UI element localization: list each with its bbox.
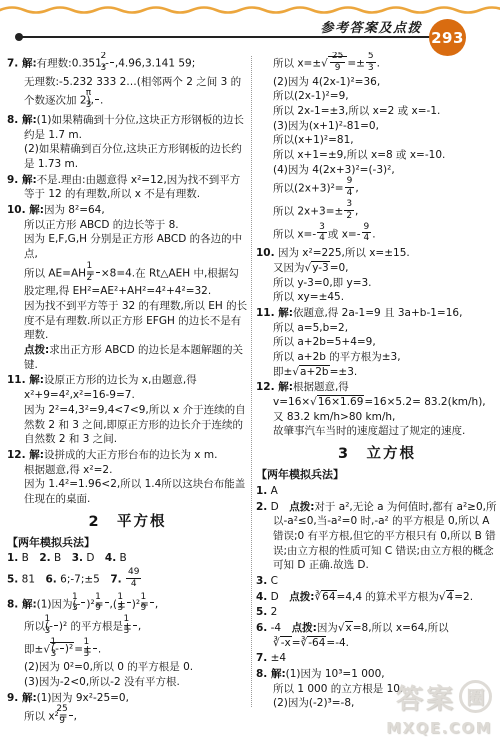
section-header: 2 平方根	[7, 512, 248, 532]
answer-item: 3. C	[256, 574, 498, 589]
answer-item: 9. 解:不是.理由:由题意得 x²=12,因为找不到平方等于 12 的有理数,…	[7, 173, 248, 202]
answer-item: 4. D 点拨:∛64=4,4 的算术平方根为√4=2.	[256, 590, 498, 605]
left-column: 7. 解:有理数:0.351,-23,4.9̇6̇,3.141 59;无理数:-…	[7, 52, 248, 741]
watermark-site-url: MXQE.COM	[386, 719, 492, 737]
column-divider	[251, 56, 252, 707]
watermark-logo: 答案 圈	[396, 677, 492, 716]
watermark-circle-icon: 圈	[459, 680, 492, 713]
answer-item: 6. -4 点拨:因为√x=8,所以 x=64,所以∛-x=∛-64=-4.	[256, 621, 498, 650]
page: 参考答案及点拨 293 7. 解:有理数:0.351,-23,4.9̇6̇,3.…	[0, 0, 500, 741]
answer-item: 11. 解:依题意,得 2a-1=9 且 3a+b-1=16,所以 a=5,b=…	[256, 306, 498, 379]
answer-item: 7. 解:有理数:0.351,-23,4.9̇6̇,3.141 59;无理数:-…	[7, 52, 248, 112]
answer-item: 10. 因为 x²=225,所以 x=±15.又因为√y-3=0,所以 y-3=…	[256, 246, 498, 305]
exercise-set-label: 【两年模拟兵法】	[7, 535, 248, 550]
page-header-title: 参考答案及点拨	[0, 17, 422, 36]
answer-item: 10. 解:因为 8²=64,所以正方形 ABCD 的边长等于 8.因为 E,F…	[7, 203, 248, 372]
wavy-line-path	[0, 8, 500, 13]
answer-row: 1. B 2. B 3. D 4. B	[7, 551, 248, 566]
answer-item: 12. 解:设拼成的大正方形台布的边长为 x m.根据题意,得 x²=2.因为 …	[7, 448, 248, 507]
answer-item: 11. 解:设原正方形的边长为 x,由题意,得x²+9=4²,x²=16-9=7…	[7, 373, 248, 446]
watermark-brand-text: 答案	[396, 677, 456, 716]
header-rule	[16, 36, 430, 38]
continued-answer: 所以 x=±√259=±53.(2)因为 4(2x-1)²=36,所以(2x-1…	[256, 52, 498, 245]
answer-item: 12. 解:根据题意,得 v=16×√16×1.69=16×5.2= 83.2(…	[256, 380, 498, 439]
answer-item: 5. 2	[256, 605, 498, 620]
page-number-badge: 293	[429, 19, 466, 56]
answer-item: 9. 解:(1)因为 9x²-25=0,所以 x²=259,	[7, 691, 248, 728]
answer-item: 2. D 点拨:对于 a²,无论 a 为何值时,都有 a²≥0,所以-a²≤0,…	[256, 500, 498, 573]
exercise-set-label: 【两年模拟兵法】	[256, 467, 498, 482]
wavy-line-decoration	[0, 4, 500, 16]
answer-item: 1. A	[256, 484, 498, 499]
answer-row: 5. 81 6. 6;-7;±5 7. 494	[7, 568, 248, 591]
content-columns: 7. 解:有理数:0.351,-23,4.9̇6̇,3.141 59;无理数:-…	[7, 52, 498, 741]
answer-item: 8. 解:(1)因为(-13)²=19,(±13)²=19,所以(-13)² 的…	[7, 593, 248, 690]
answer-item: 7. ±4	[256, 651, 498, 666]
section-header: 3 立方根	[256, 444, 498, 464]
answer-item: 8. 解:(1)如果精确到十分位,这块正方形钢板的边长约是 1.7 m.(2)如…	[7, 113, 248, 172]
right-column: 所以 x=±√259=±53.(2)因为 4(2x-1)²=36,所以(2x-1…	[256, 52, 498, 741]
